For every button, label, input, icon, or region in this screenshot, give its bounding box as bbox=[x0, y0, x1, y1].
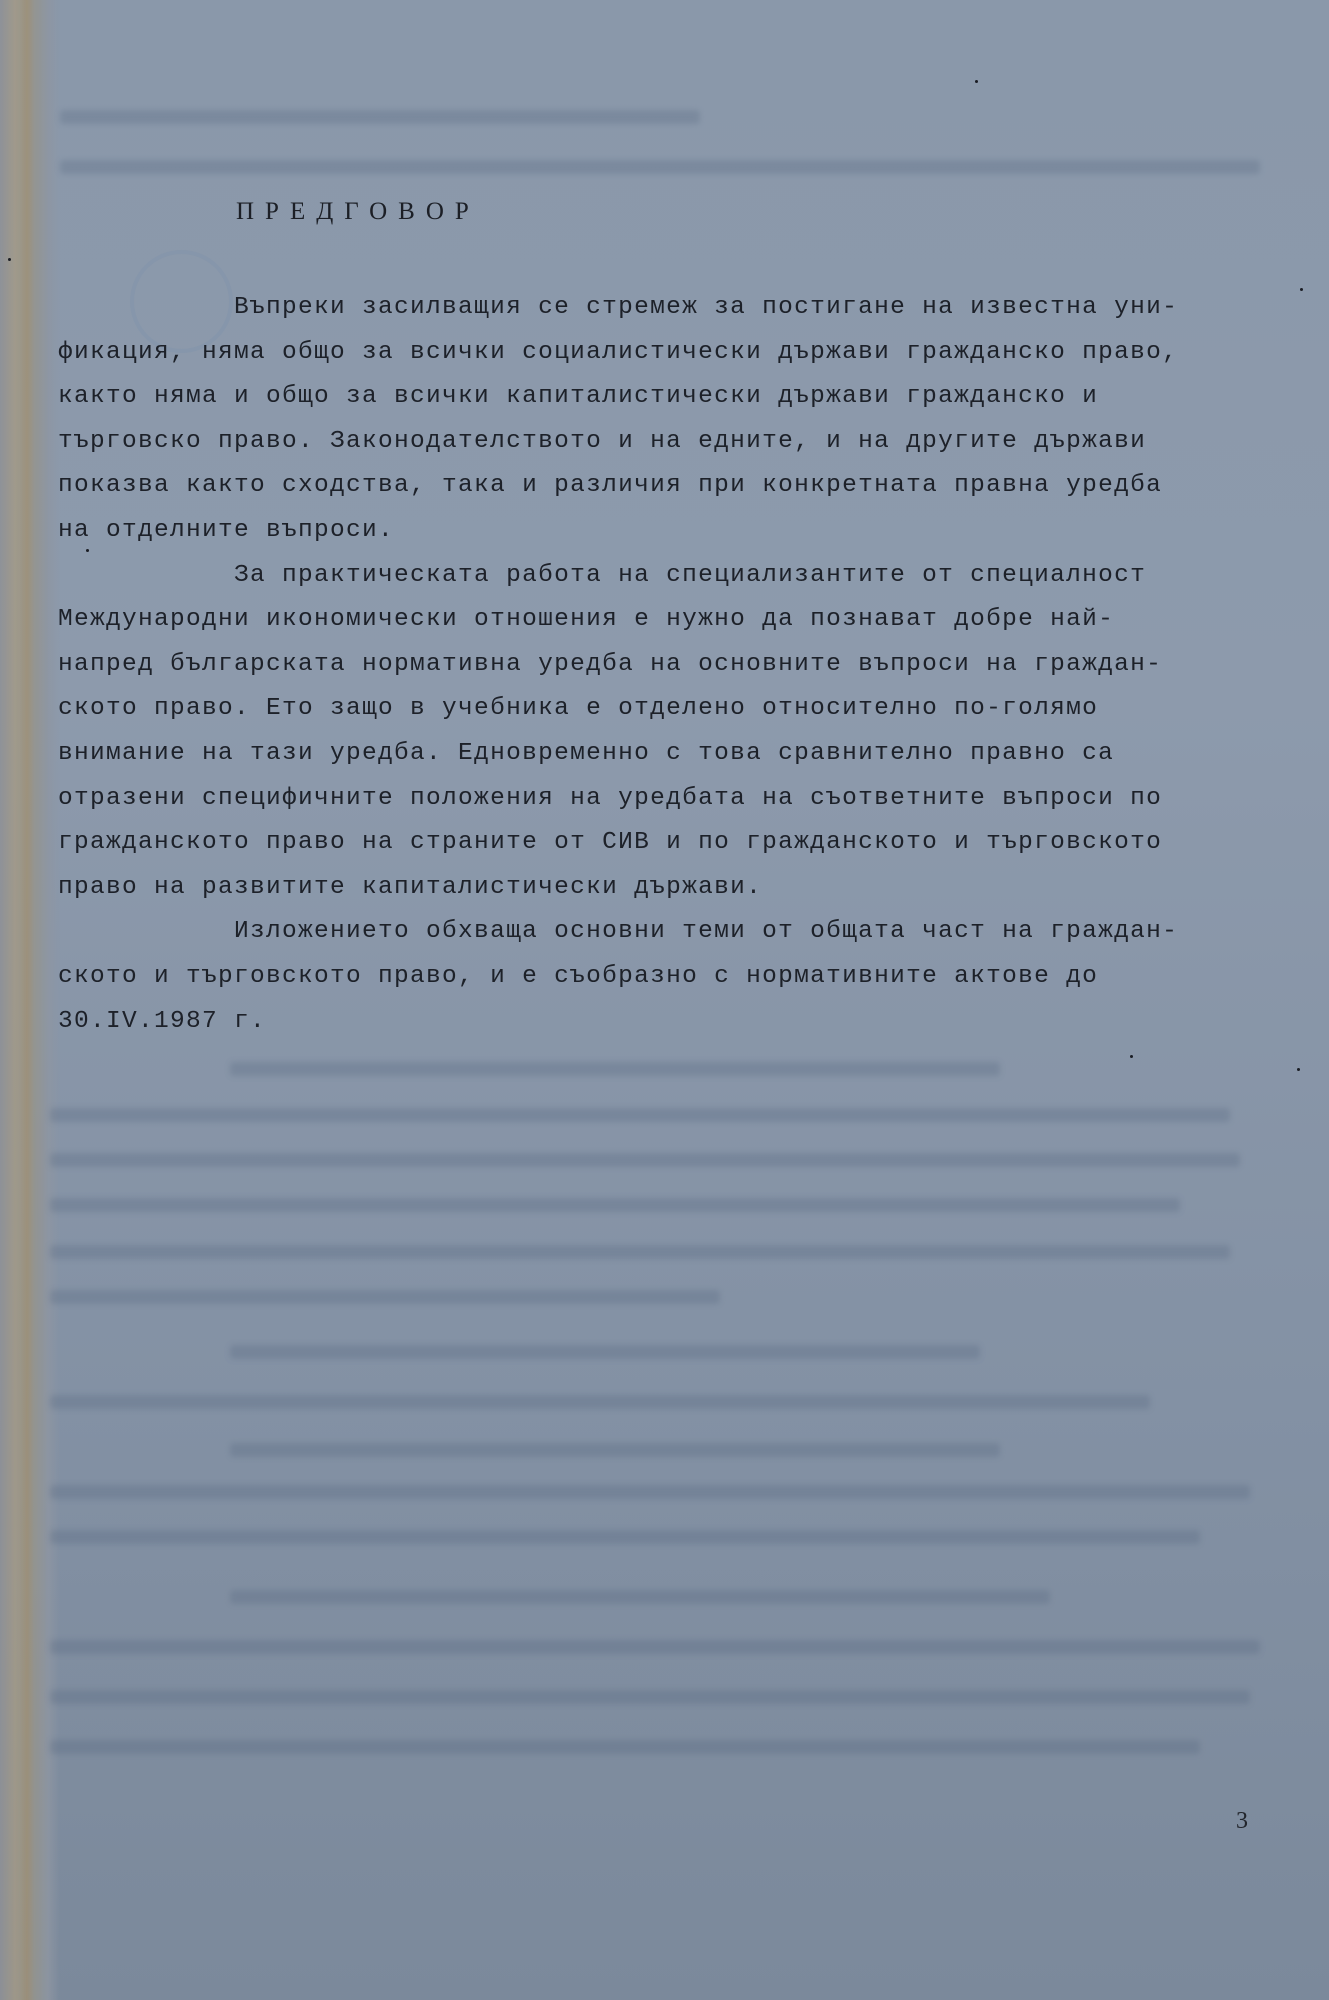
text-line: Въпреки засилващия се стремеж за постига… bbox=[58, 286, 1298, 331]
bleed-line bbox=[230, 1590, 1050, 1604]
paper-speck bbox=[1300, 288, 1303, 291]
bleed-line bbox=[50, 1108, 1230, 1122]
bleed-line bbox=[50, 1153, 1240, 1167]
bleed-line bbox=[230, 1062, 1000, 1076]
text-line: гражданското право на страните от СИВ и … bbox=[58, 821, 1298, 866]
text-line: Изложението обхваща основни теми от обща… bbox=[58, 910, 1298, 955]
bleed-line bbox=[50, 1245, 1230, 1259]
bleed-line bbox=[50, 1530, 1200, 1544]
paper-speck bbox=[1297, 1068, 1300, 1071]
bleed-line bbox=[50, 1290, 720, 1304]
bleed-line bbox=[50, 1740, 1200, 1754]
page-number: 3 bbox=[1236, 1808, 1248, 1835]
paper-speck bbox=[86, 549, 89, 552]
bleed-line bbox=[230, 1443, 1000, 1457]
text-line: фикация, няма общо за всички социалистич… bbox=[58, 331, 1298, 376]
text-line: на отделните въпроси. bbox=[58, 509, 1298, 554]
text-line: право на развитите капиталистически държ… bbox=[58, 866, 1298, 911]
paper-speck bbox=[8, 258, 11, 261]
bleed-line bbox=[50, 1395, 1150, 1409]
text-line: ското и търговското право, и е съобразно… bbox=[58, 955, 1298, 1000]
text-line: отразени специфичните положения на уредб… bbox=[58, 777, 1298, 822]
text-line: показва както сходства, така и различия … bbox=[58, 464, 1298, 509]
preface-body: Въпреки засилващия се стремеж за постига… bbox=[58, 286, 1298, 1044]
bleed-line bbox=[50, 1690, 1250, 1704]
bleed-line bbox=[50, 1640, 1260, 1654]
paper-speck bbox=[975, 80, 978, 83]
bleed-line bbox=[50, 1485, 1250, 1499]
text-line: напред българската нормативна уредба на … bbox=[58, 643, 1298, 688]
bleed-line bbox=[50, 1198, 1180, 1212]
text-line: 30.IV.1987 г. bbox=[58, 1000, 1298, 1045]
text-line: внимание на тази уредба. Едновременно с … bbox=[58, 732, 1298, 777]
text-line: За практическата работа на специализанти… bbox=[58, 554, 1298, 599]
text-line: както няма и общо за всички капиталистич… bbox=[58, 375, 1298, 420]
bleed-line bbox=[230, 1345, 980, 1359]
paper-speck bbox=[1130, 1055, 1133, 1058]
page-title: ПРЕДГОВОР bbox=[236, 198, 480, 226]
bleed-line bbox=[60, 160, 1260, 174]
text-line: търговско право. Законодателството и на … bbox=[58, 420, 1298, 465]
text-line: ското право. Ето защо в учебника е отдел… bbox=[58, 687, 1298, 732]
text-line: Международни икономически отношения е ну… bbox=[58, 598, 1298, 643]
bleed-line bbox=[60, 110, 700, 124]
